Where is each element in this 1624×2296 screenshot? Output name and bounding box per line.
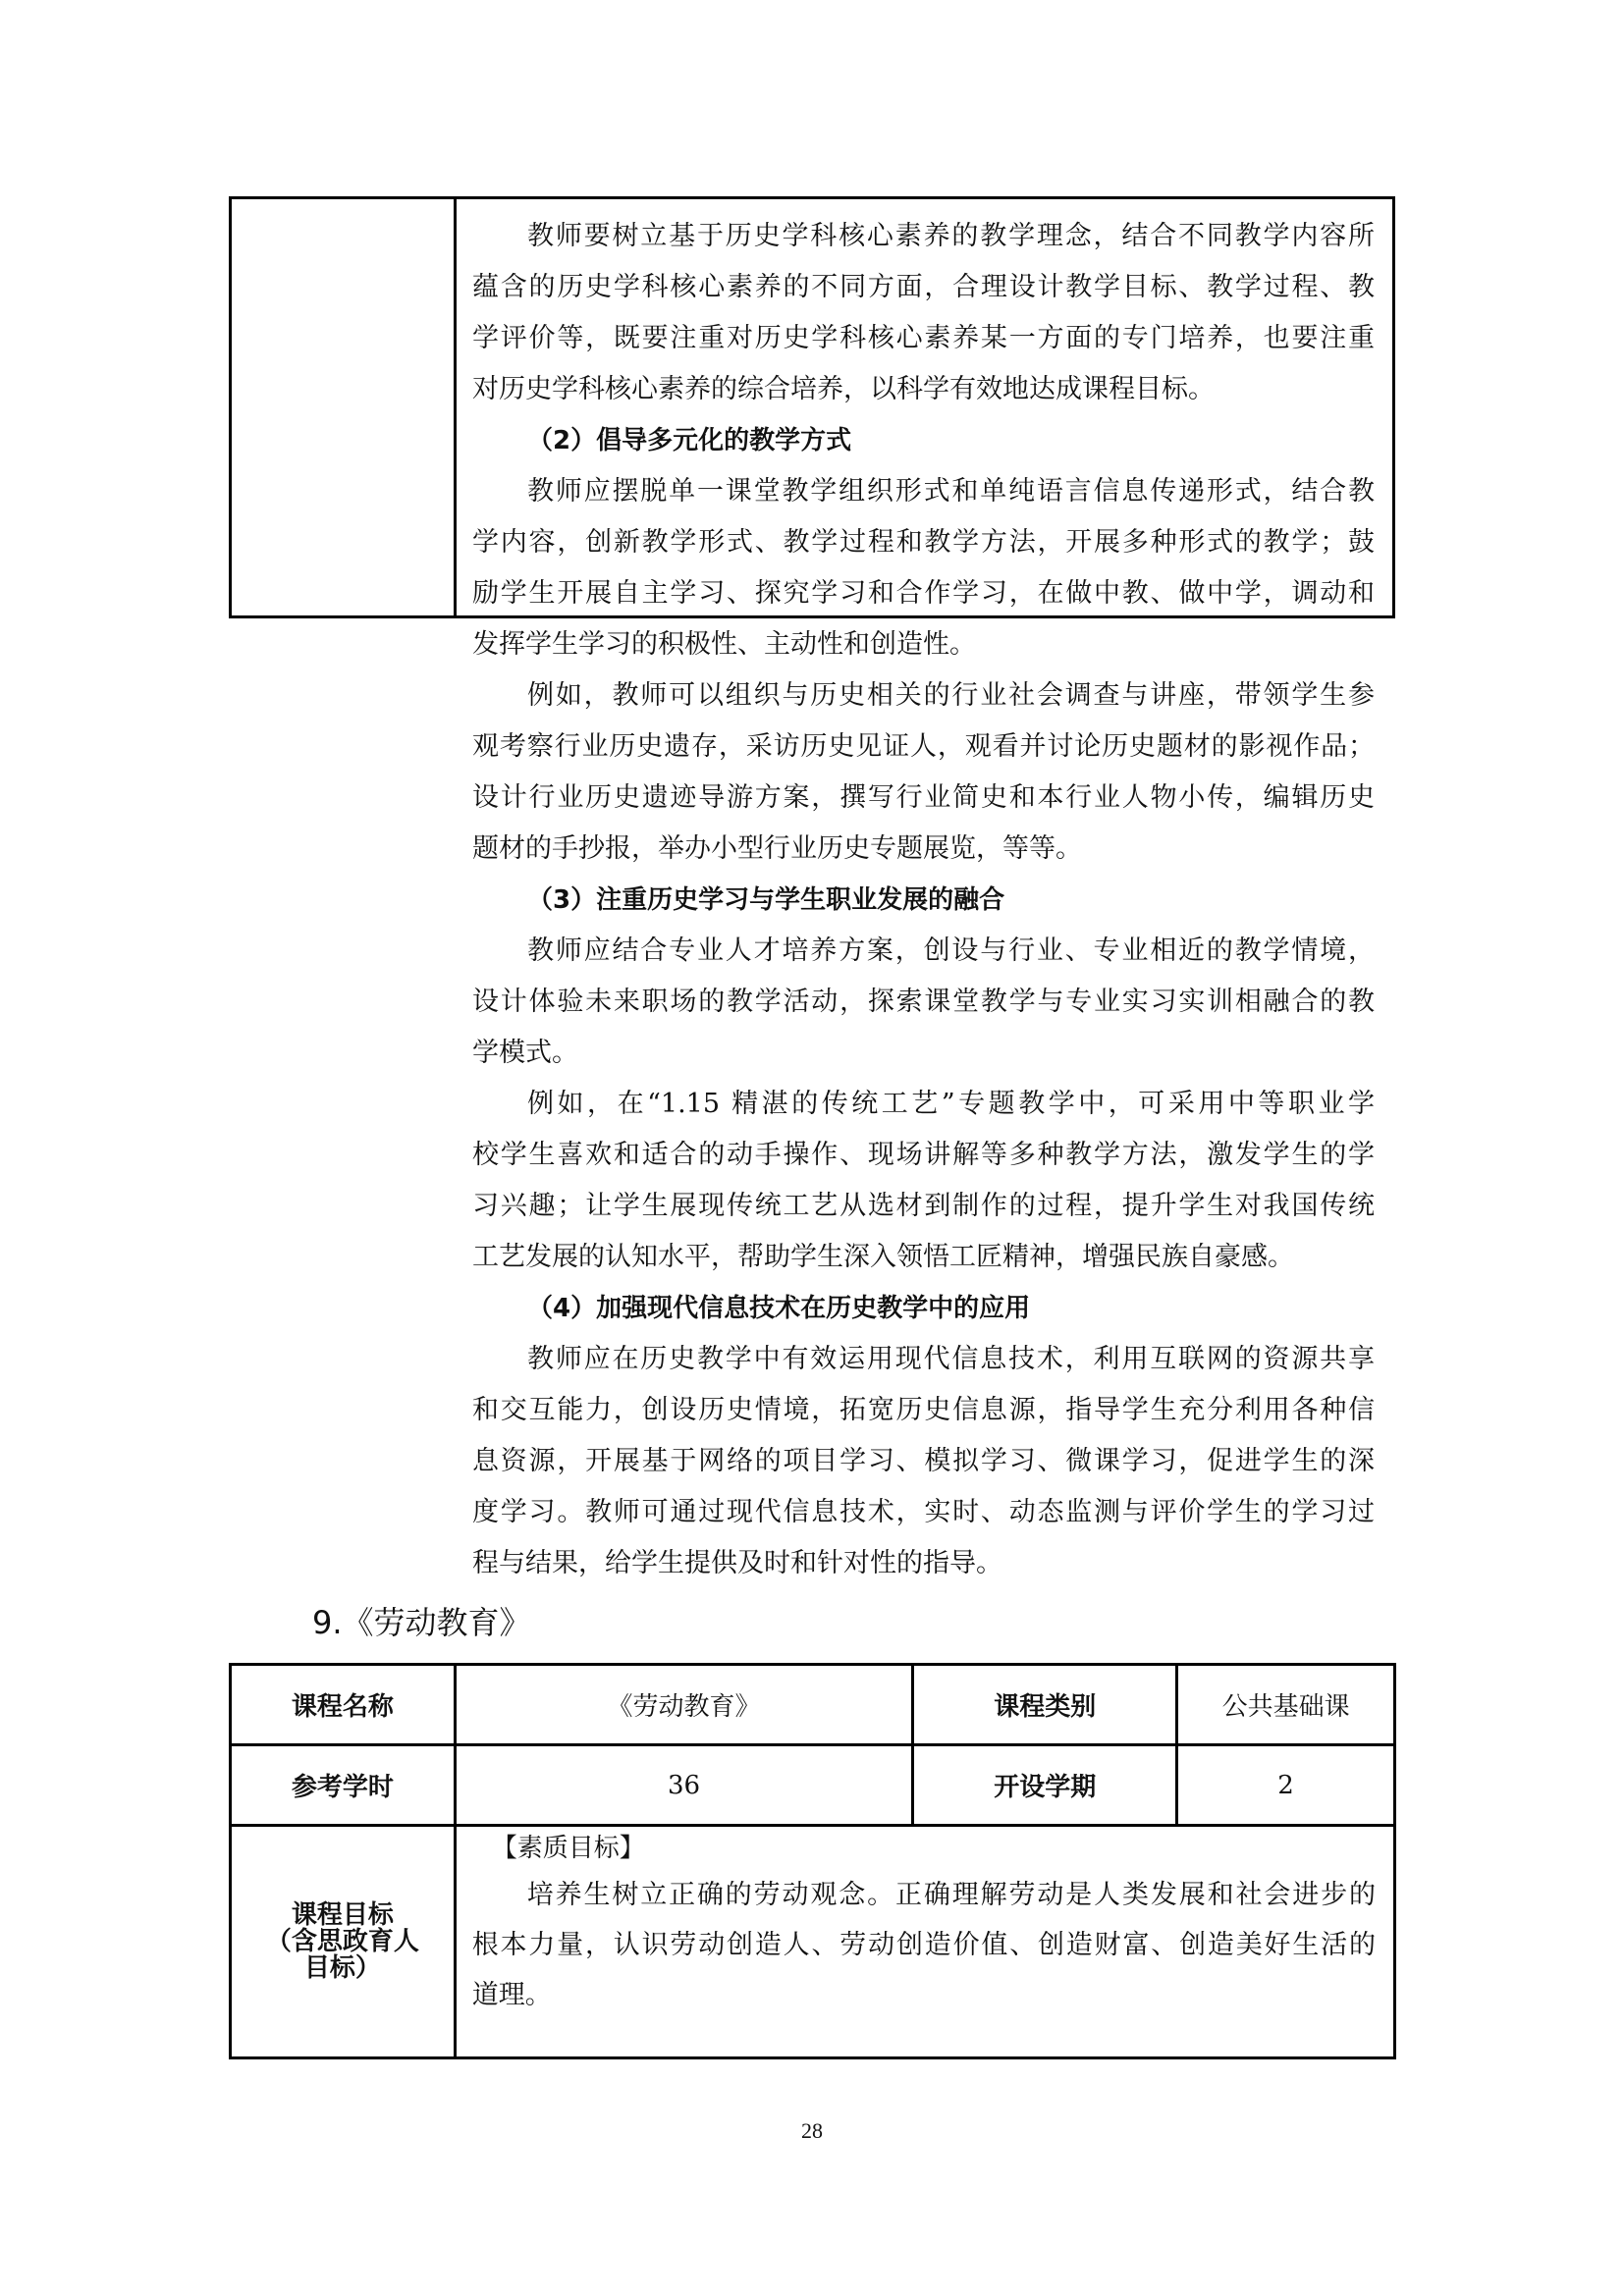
subsection-heading: （3）注重历史学习与学生职业发展的融合 (472, 875, 1375, 926)
table-row: 课程目标 （含思政育人 目标） 【素质目标】 培养生树立正确的劳动观念。正确理解… (231, 1826, 1395, 2058)
paragraph-line: 校学生喜欢和适合的动手操作、现场讲解等多种教学方法，激发学生的学 (472, 1130, 1375, 1181)
semester-value: 2 (1177, 1745, 1395, 1826)
paragraph-line: 学评价等，既要注重对历史学科核心素养某一方面的专门培养，也要注重 (472, 313, 1375, 364)
course-objectives-content: 【素质目标】 培养生树立正确的劳动观念。正确理解劳动是人类发展和社会进步的 根本… (455, 1826, 1394, 2058)
paragraph-line: 工艺发展的认知水平，帮助学生深入领悟工匠精神，增强民族自豪感。 (472, 1232, 1375, 1283)
paragraph-line: 发挥学生学习的积极性、主动性和创造性。 (472, 619, 1375, 670)
paragraph-line: 教师应摆脱单一课堂教学组织形式和单纯语言信息传递形式，结合教 (472, 466, 1375, 517)
teaching-suggestions-cell: 教师要树立基于历史学科核心素养的教学理念，结合不同教学内容所蕴含的历史学科核心素… (457, 199, 1392, 615)
reference-hours-label: 参考学时 (231, 1745, 456, 1826)
paragraph-line: 设计行业历史遗迹导游方案，撰写行业简史和本行业人物小传，编辑历史 (472, 773, 1375, 824)
course-name-label: 课程名称 (231, 1665, 456, 1745)
paragraph-line: 教师要树立基于历史学科核心素养的教学理念，结合不同教学内容所 (472, 211, 1375, 262)
paragraph-line: 程与结果，给学生提供及时和针对性的指导。 (472, 1538, 1375, 1589)
course-category-value: 公共基础课 (1177, 1665, 1395, 1745)
paragraph-line: 息资源，开展基于网络的项目学习、模拟学习、微课学习，促进学生的深 (472, 1436, 1375, 1487)
paragraph-line: 学内容，创新教学形式、教学过程和教学方法，开展多种形式的教学；鼓 (472, 517, 1375, 568)
paragraph-line: 例如，在“1.15 精湛的传统工艺”专题教学中，可采用中等职业学 (472, 1079, 1375, 1130)
paragraph-line: 对历史学科核心素养的综合培养，以科学有效地达成课程目标。 (472, 364, 1375, 415)
paragraph-line: 设计体验未来职场的教学活动，探索课堂教学与专业实习实训相融合的教 (472, 977, 1375, 1028)
course-name-value: 《劳动教育》 (455, 1665, 913, 1745)
semester-label: 开设学期 (913, 1745, 1177, 1826)
course-objectives-label-cell: 课程目标 （含思政育人 目标） (231, 1826, 456, 2058)
paragraph-line: 题材的手抄报，举办小型行业历史专题展览，等等。 (472, 824, 1375, 875)
paragraph-line: 习兴趣；让学生展现传统工艺从选材到制作的过程，提升学生对我国传统 (472, 1181, 1375, 1232)
empty-label-cell (232, 199, 457, 615)
labor-education-course-table: 课程名称 《劳动教育》 课程类别 公共基础课 参考学时 36 开设学期 2 课程… (229, 1663, 1396, 2059)
paragraph-line: 例如，教师可以组织与历史相关的行业社会调查与讲座，带领学生参 (472, 670, 1375, 721)
section-heading: 9.《劳动教育》 (312, 1602, 531, 1643)
quality-objective-heading: 【素质目标】 (472, 1827, 1376, 1870)
reference-hours-value: 36 (455, 1745, 913, 1826)
paragraph-line: 和交互能力，创设历史情境，拓宽历史信息源，指导学生充分利用各种信 (472, 1385, 1375, 1436)
paragraph-line: 教师应在历史教学中有效运用现代信息技术，利用互联网的资源共享 (472, 1334, 1375, 1385)
paragraph-line: 励学生开展自主学习、探究学习和合作学习，在做中教、做中学，调动和 (472, 568, 1375, 619)
paragraph-line: 观考察行业历史遗存，采访历史见证人，观看并讨论历史题材的影视作品； (472, 721, 1375, 773)
paragraph-line: 教师应结合专业人才培养方案，创设与行业、专业相近的教学情境， (472, 926, 1375, 977)
paragraph-line: 学模式。 (472, 1028, 1375, 1079)
objective-line: 道理。 (472, 1970, 1376, 2020)
paragraph-line: 度学习。教师可通过现代信息技术，实时、动态监测与评价学生的学习过 (472, 1487, 1375, 1538)
objective-line: 根本力量，认识劳动创造人、劳动创造价值、创造财富、创造美好生活的 (472, 1920, 1376, 1970)
course-table-continued: 教师要树立基于历史学科核心素养的教学理念，结合不同教学内容所蕴含的历史学科核心素… (229, 196, 1395, 618)
subsection-heading: （2）倡导多元化的教学方式 (472, 415, 1375, 466)
table-row: 参考学时 36 开设学期 2 (231, 1745, 1395, 1826)
subsection-heading: （4）加强现代信息技术在历史教学中的应用 (472, 1283, 1375, 1334)
paragraph-line: 蕴含的历史学科核心素养的不同方面，合理设计教学目标、教学过程、教 (472, 262, 1375, 313)
course-category-label: 课程类别 (913, 1665, 1177, 1745)
objective-line: 培养生树立正确的劳动观念。正确理解劳动是人类发展和社会进步的 (472, 1870, 1376, 1920)
page-number: 28 (0, 2118, 1624, 2144)
table-row: 课程名称 《劳动教育》 课程类别 公共基础课 (231, 1665, 1395, 1745)
course-objectives-label: 课程目标 （含思政育人 目标） (232, 1902, 454, 1982)
